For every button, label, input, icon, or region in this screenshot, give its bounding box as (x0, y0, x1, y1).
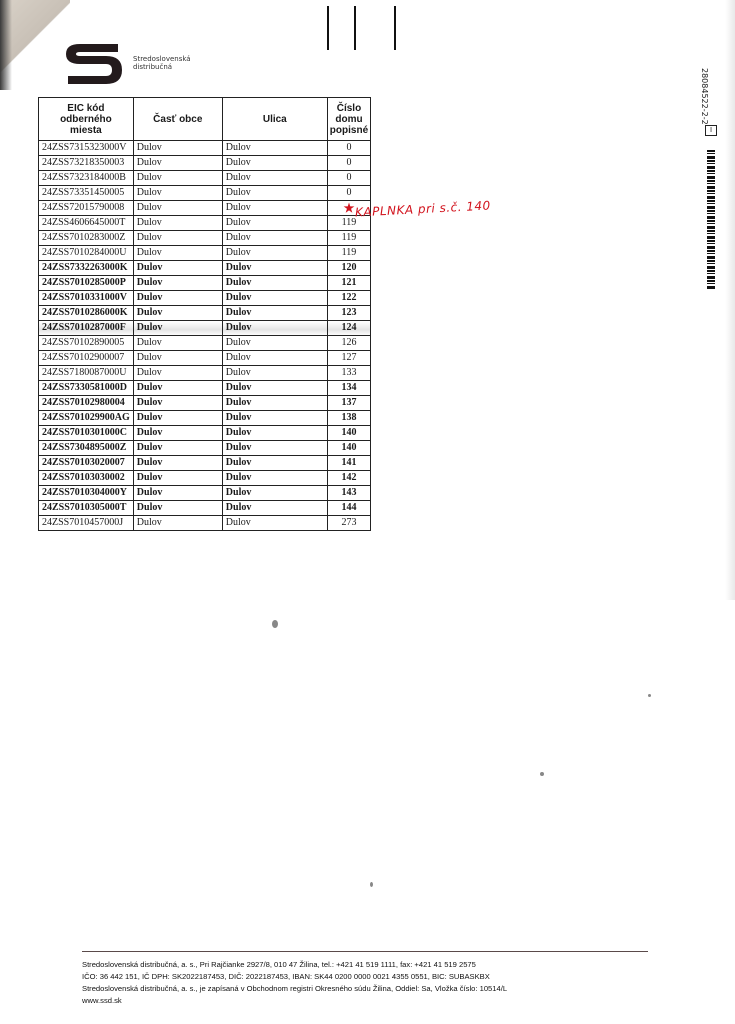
cell-cast: Dulov (133, 261, 222, 276)
cell-cislo: 140 (327, 441, 370, 456)
cell-ulica: Dulov (222, 291, 327, 306)
cell-cislo: 138 (327, 411, 370, 426)
cell-cast: Dulov (133, 141, 222, 156)
cell-eic: 24ZSS7010285000P (39, 276, 134, 291)
table-row: 24ZSS7010286000KDulovDulov123 (39, 306, 371, 321)
cell-cislo: 119 (327, 246, 370, 261)
cell-cast: Dulov (133, 291, 222, 306)
footer-divider (82, 951, 648, 952)
document-id: 28084522-2-2 (700, 68, 709, 125)
cell-cast: Dulov (133, 486, 222, 501)
handwritten-annotation: KAPLNKA pri s.č. 140 (355, 198, 491, 219)
cell-ulica: Dulov (222, 186, 327, 201)
cell-eic: 24ZSS7323184000B (39, 171, 134, 186)
table-row: 24ZSS70103020007DulovDulov141 (39, 456, 371, 471)
cell-cast: Dulov (133, 186, 222, 201)
cell-cislo: 273 (327, 516, 370, 531)
table-row: 24ZSS73218350003DulovDulov0 (39, 156, 371, 171)
header-eic: EIC kód odberného miesta (39, 98, 134, 141)
scan-speck (370, 882, 373, 887)
cell-ulica: Dulov (222, 441, 327, 456)
cell-cast: Dulov (133, 351, 222, 366)
ssd-logo-icon (60, 38, 126, 90)
cell-eic: 24ZSS7010301000C (39, 426, 134, 441)
table-row: 24ZSS7010301000CDulovDulov140 (39, 426, 371, 441)
cell-ulica: Dulov (222, 336, 327, 351)
table-row: 24ZSS70102900007DulovDulov127 (39, 351, 371, 366)
cell-cislo: 140 (327, 426, 370, 441)
header-cislo-domu: Číslo domu popisné (327, 98, 370, 141)
cell-cislo: 120 (327, 261, 370, 276)
cell-cislo: 126 (327, 336, 370, 351)
cell-cast: Dulov (133, 516, 222, 531)
cell-cast: Dulov (133, 246, 222, 261)
punch-marks (327, 6, 407, 50)
scan-speck (648, 694, 651, 697)
cell-cast: Dulov (133, 276, 222, 291)
cell-cast: Dulov (133, 501, 222, 516)
cell-ulica: Dulov (222, 141, 327, 156)
table-row: 24ZSS4606645000TDulovDulov119 (39, 216, 371, 231)
cell-cislo: 123 (327, 306, 370, 321)
cell-eic: 24ZSS7332263000K (39, 261, 134, 276)
scan-right-edge (725, 0, 735, 600)
cell-eic: 24ZSS7010331000V (39, 291, 134, 306)
table-row: 24ZSS7180087000UDulovDulov133 (39, 366, 371, 381)
cell-eic: 24ZSS73218350003 (39, 156, 134, 171)
cell-cast: Dulov (133, 336, 222, 351)
company-footer: Stredoslovenská distribučná, a. s., Pri … (82, 959, 507, 1007)
cell-eic: 24ZSS7304895000Z (39, 441, 134, 456)
table-row: 24ZSS7010283000ZDulovDulov119 (39, 231, 371, 246)
cell-eic: 24ZSS7180087000U (39, 366, 134, 381)
cell-cast: Dulov (133, 156, 222, 171)
cell-ulica: Dulov (222, 411, 327, 426)
cell-ulica: Dulov (222, 321, 327, 336)
cell-eic: 24ZSS7010286000K (39, 306, 134, 321)
header-ulica: Ulica (222, 98, 327, 141)
eic-table: EIC kód odberného miesta Časť obce Ulica… (38, 97, 371, 531)
cell-eic: 24ZSS7010457000J (39, 516, 134, 531)
punch-mark (354, 6, 356, 50)
cell-eic: 24ZSS7315323000V (39, 141, 134, 156)
table-row: 24ZSS7315323000VDulovDulov0 (39, 141, 371, 156)
cell-cislo: 122 (327, 291, 370, 306)
cell-eic: 24ZSS70103030002 (39, 471, 134, 486)
cell-cislo: 121 (327, 276, 370, 291)
cell-eic: 24ZSS73351450005 (39, 186, 134, 201)
table-header-row: EIC kód odberného miesta Časť obce Ulica… (39, 98, 371, 141)
cell-ulica: Dulov (222, 456, 327, 471)
cell-eic: 24ZSS7330581000D (39, 381, 134, 396)
cell-eic: 24ZSS7010305000T (39, 501, 134, 516)
cell-ulica: Dulov (222, 516, 327, 531)
scan-speck (272, 620, 278, 628)
cell-eic: 24ZSS70102890005 (39, 336, 134, 351)
table-row: 24ZSS7010331000VDulovDulov122 (39, 291, 371, 306)
cell-cast: Dulov (133, 306, 222, 321)
punch-mark (394, 6, 396, 50)
footer-registry: Stredoslovenská distribučná, a. s., je z… (82, 983, 507, 995)
table-row: 24ZSS7330581000DDulovDulov134 (39, 381, 371, 396)
brand-line-1: Stredoslovenská (133, 55, 191, 63)
table-row: 24ZSS7323184000BDulovDulov0 (39, 171, 371, 186)
cell-ulica: Dulov (222, 261, 327, 276)
table-row: 24ZSS7304895000ZDulovDulov140 (39, 441, 371, 456)
cell-ulica: Dulov (222, 396, 327, 411)
cell-cast: Dulov (133, 216, 222, 231)
cell-ulica: Dulov (222, 486, 327, 501)
cell-ulica: Dulov (222, 156, 327, 171)
cell-cislo: 134 (327, 381, 370, 396)
cell-ulica: Dulov (222, 216, 327, 231)
cell-eic: 24ZSS7010304000Y (39, 486, 134, 501)
cell-cast: Dulov (133, 471, 222, 486)
cell-ulica: Dulov (222, 366, 327, 381)
cell-ulica: Dulov (222, 381, 327, 396)
cell-cast: Dulov (133, 396, 222, 411)
header-cast-obce: Časť obce (133, 98, 222, 141)
cell-cislo: 142 (327, 471, 370, 486)
table-row: 24ZSS70102980004DulovDulov137 (39, 396, 371, 411)
table-row: 24ZSS70103030002DulovDulov142 (39, 471, 371, 486)
cell-eic: 24ZSS4606645000T (39, 216, 134, 231)
cell-cast: Dulov (133, 456, 222, 471)
scan-edge-shadow (0, 0, 12, 90)
footer-address: Stredoslovenská distribučná, a. s., Pri … (82, 959, 507, 971)
cell-eic: 24ZSS70102980004 (39, 396, 134, 411)
cell-cislo: 137 (327, 396, 370, 411)
cell-cislo: 0 (327, 141, 370, 156)
cell-cislo: 143 (327, 486, 370, 501)
cell-eic: 24ZSS7010283000Z (39, 231, 134, 246)
cell-eic: 24ZSS701029900AG (39, 411, 134, 426)
barcode-icon (707, 150, 715, 290)
cell-cislo: 0 (327, 156, 370, 171)
table-row: 24ZSS7010287000FDulovDulov124 (39, 321, 371, 336)
table-row: 24ZSS7332263000KDulovDulov120 (39, 261, 371, 276)
table-row: 24ZSS73351450005DulovDulov0 (39, 186, 371, 201)
cell-ulica: Dulov (222, 471, 327, 486)
footer-website[interactable]: www.ssd.sk (82, 995, 507, 1007)
cell-cislo: 0 (327, 186, 370, 201)
brand-name: Stredoslovenská distribučná (133, 55, 191, 71)
table-row: 24ZSS7010304000YDulovDulov143 (39, 486, 371, 501)
cell-eic: 24ZSS7010284000U (39, 246, 134, 261)
cell-cast: Dulov (133, 321, 222, 336)
cell-cast: Dulov (133, 426, 222, 441)
table-row: 24ZSS7010285000PDulovDulov121 (39, 276, 371, 291)
cell-cast: Dulov (133, 441, 222, 456)
cell-eic: 24ZSS72015790008 (39, 201, 134, 216)
cell-cast: Dulov (133, 201, 222, 216)
cell-ulica: Dulov (222, 201, 327, 216)
cell-cast: Dulov (133, 366, 222, 381)
cell-cast: Dulov (133, 171, 222, 186)
cell-ulica: Dulov (222, 501, 327, 516)
cell-eic: 24ZSS70103020007 (39, 456, 134, 471)
table-row: 24ZSS70102890005DulovDulov126 (39, 336, 371, 351)
cell-ulica: Dulov (222, 276, 327, 291)
cell-cislo: 127 (327, 351, 370, 366)
cell-cast: Dulov (133, 411, 222, 426)
footer-ids: IČO: 36 442 151, IČ DPH: SK2022187453, D… (82, 971, 507, 983)
cell-ulica: Dulov (222, 306, 327, 321)
cell-cast: Dulov (133, 231, 222, 246)
cell-cislo: 124 (327, 321, 370, 336)
cell-cislo: 0 (327, 171, 370, 186)
cell-ulica: Dulov (222, 351, 327, 366)
table-row: 24ZSS7010305000TDulovDulov144 (39, 501, 371, 516)
cell-ulica: Dulov (222, 231, 327, 246)
table-body: 24ZSS7315323000VDulovDulov024ZSS73218350… (39, 141, 371, 531)
document-box-label: I (705, 125, 717, 136)
scan-speck (540, 772, 544, 776)
cell-eic: 24ZSS7010287000F (39, 321, 134, 336)
punch-mark (327, 6, 329, 50)
cell-cast: Dulov (133, 381, 222, 396)
table-row: 24ZSS7010284000UDulovDulov119 (39, 246, 371, 261)
cell-ulica: Dulov (222, 426, 327, 441)
table-row: 24ZSS7010457000JDulovDulov273 (39, 516, 371, 531)
cell-ulica: Dulov (222, 171, 327, 186)
cell-eic: 24ZSS70102900007 (39, 351, 134, 366)
cell-ulica: Dulov (222, 246, 327, 261)
cell-cislo: 119 (327, 231, 370, 246)
brand-line-2: distribučná (133, 63, 191, 71)
table-row: 24ZSS72015790008DulovDulov★ (39, 201, 371, 216)
cell-cislo: 144 (327, 501, 370, 516)
table-row: 24ZSS701029900AGDulovDulov138 (39, 411, 371, 426)
cell-cislo: 133 (327, 366, 370, 381)
cell-cislo: 141 (327, 456, 370, 471)
